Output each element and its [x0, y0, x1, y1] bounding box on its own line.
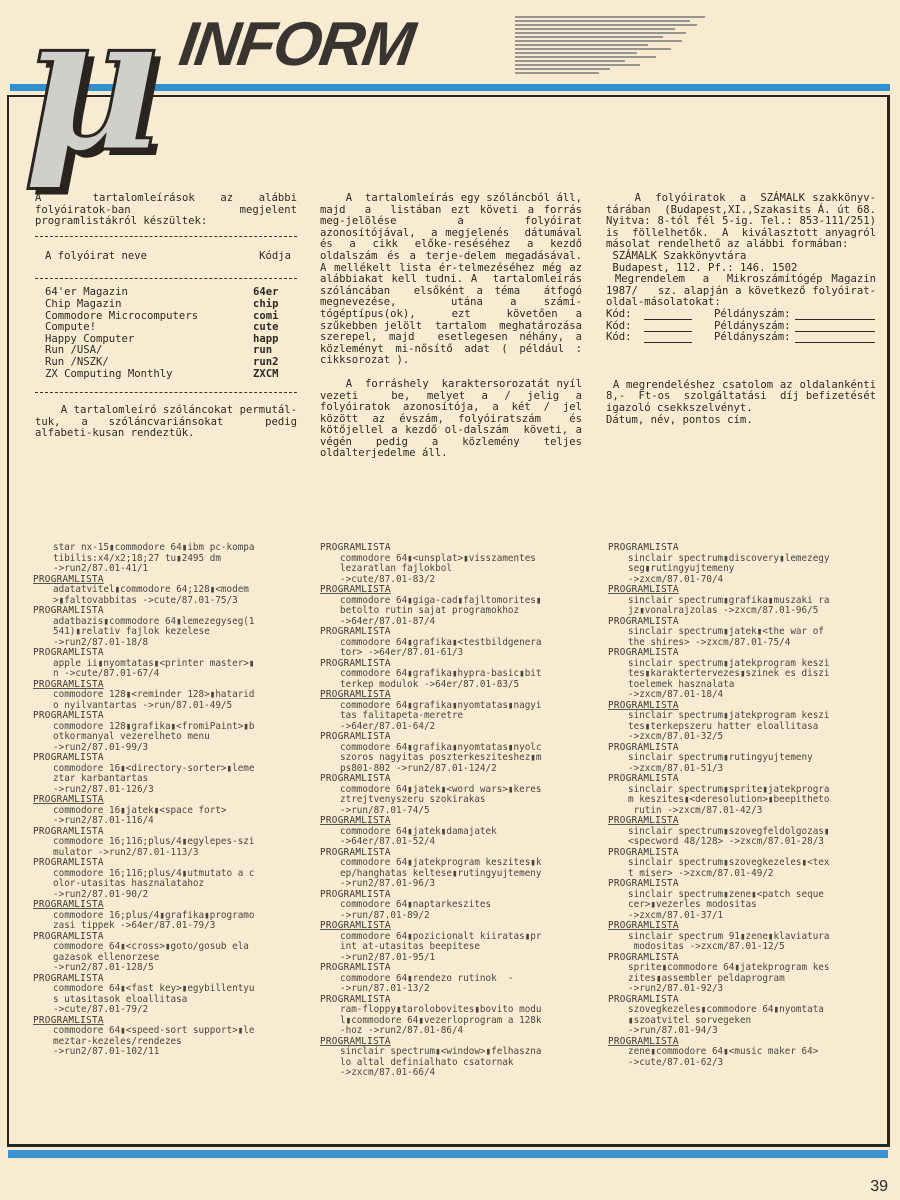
- order-form-row: Kód:Példányszám:: [606, 309, 876, 321]
- journal-row: Run /NSZK/run2: [35, 357, 297, 369]
- entry-heading: PROGRAMLISTA: [33, 648, 295, 659]
- code-blank-field: [644, 332, 692, 343]
- entry-line: commodore 64▮jatekprogram keszites▮k: [320, 858, 582, 869]
- entry-line: adatatvitel▮commodore 64;128▮<modem: [33, 585, 295, 596]
- journal-row: Compute!cute: [35, 322, 297, 334]
- entry-line: olor-utasitas hasznalatahoz: [33, 879, 295, 890]
- entry-line: ->run2/87.01-128/5: [33, 963, 295, 974]
- entry-heading: PROGRAMLISTA: [33, 858, 295, 869]
- entry-line: commodore 64▮<speed-sort support>▮le: [33, 1026, 295, 1037]
- entry-line: commodore 64▮<cross>▮goto/gosub ela: [33, 942, 295, 953]
- quantity-blank-field: [795, 309, 875, 320]
- entry-line: -hoz ->run2/87.01-86/4: [320, 1026, 582, 1037]
- speed-lines-decoration: [515, 16, 705, 78]
- entry-line: sinclair spectrum▮<window>▮felhaszna: [320, 1047, 582, 1058]
- order-form: Kód:Példányszám:Kód:Példányszám:Kód:Péld…: [606, 309, 876, 344]
- entry-line: ->zxcm/87.01-66/4: [320, 1068, 582, 1079]
- entry-heading: PROGRAMLISTA: [33, 711, 295, 722]
- entry-heading: PROGRAMLISTA: [608, 879, 878, 890]
- entry-line: m keszites▮<deresolution>▮beepitheto: [608, 795, 878, 806]
- entry-line: sinclair spectrum▮jatek▮<the war of: [608, 627, 878, 638]
- intro-column-2: A tartalomleírás egy szóláncból áll, maj…: [320, 193, 582, 460]
- listing-entry: PROGRAMLISTAsinclair spectrum 91▮zene▮kl…: [608, 921, 878, 953]
- journal-code: run2: [253, 357, 291, 369]
- entry-heading: PROGRAMLISTA: [608, 543, 878, 554]
- entry-line: int at-utasitas beepitese: [320, 942, 582, 953]
- listing-entry: PROGRAMLISTAcommodore 64▮rendezo rutinok…: [320, 963, 582, 995]
- entry-line: ->run2/87.01-96/3: [320, 879, 582, 890]
- listing-entry: PROGRAMLISTAsinclair spectrum▮sprite▮jat…: [608, 774, 878, 816]
- listing-entry: PROGRAMLISTAsinclair spectrum▮zene▮<patc…: [608, 879, 878, 921]
- entry-heading: PROGRAMLISTA: [320, 585, 582, 596]
- entry-heading: PROGRAMLISTA: [320, 690, 582, 701]
- entry-line: jz▮vonalrajzolas ->zxcm/87.01-96/5: [608, 606, 878, 617]
- entry-line: zasi tippek ->64er/87.01-79/3: [33, 921, 295, 932]
- code-label: Kód:: [606, 332, 644, 344]
- listing-entry: PROGRAMLISTAcommodore 128▮<reminder 128>…: [33, 680, 295, 712]
- entry-line: tes▮karaktertervezes▮szinek es diszi: [608, 669, 878, 680]
- entry-line: sinclair spectrum▮szovegkezeles▮<tex: [608, 858, 878, 869]
- entry-line: ->run2/87.01-41/1: [33, 564, 295, 575]
- entry-line: ->run2/87.01-116/4: [33, 816, 295, 827]
- listing-entry: PROGRAMLISTAcommodore 64▮jatek▮damajatek…: [320, 816, 582, 848]
- entry-heading: PROGRAMLISTA: [320, 774, 582, 785]
- listing-entry: PROGRAMLISTAram-floppy▮tarolobovites▮bov…: [320, 995, 582, 1037]
- quantity-blank-field: [795, 332, 875, 343]
- entry-heading: PROGRAMLISTA: [320, 543, 582, 554]
- entry-line: commodore 64▮grafika▮hypra-basic▮bit: [320, 669, 582, 680]
- quantity-label: Példányszám:: [714, 332, 791, 344]
- listing-entry: PROGRAMLISTAcommodore 64▮jatek▮<word war…: [320, 774, 582, 816]
- listing-entry: PROGRAMLISTAzene▮commodore 64▮<music mak…: [608, 1037, 878, 1069]
- listing-entry: PROGRAMLISTAcommodore 16;plus/4▮grafika▮…: [33, 900, 295, 932]
- entry-line: star nx-15▮commodore 64▮ibm pc-kompa: [33, 543, 295, 554]
- listing-entry: PROGRAMLISTAsinclair spectrum▮discovery▮…: [608, 543, 878, 585]
- entry-line: szoros nagyitas poszterkesziteshez▮m: [320, 753, 582, 764]
- entry-line: ztrejtvenyszeru szokirakas: [320, 795, 582, 806]
- journal-name: Run /NSZK/: [45, 357, 109, 369]
- entry-heading: PROGRAMLISTA: [608, 921, 878, 932]
- journal-row: ZX Computing MonthlyZXCM: [35, 369, 297, 381]
- intro-paragraph: A folyóiratok a SZÁMALK szakkönyv-tárába…: [606, 193, 876, 251]
- address-line: SZÁMALK Szakkönyvtára: [606, 251, 876, 263]
- listing-entry: PROGRAMLISTAadatatvitel▮commodore 64;128…: [33, 575, 295, 607]
- payment-paragraph: A megrendeléshez csatolom az oldalanként…: [606, 380, 876, 415]
- listing-entry: PROGRAMLISTAcommodore 16;116;plus/4▮egyl…: [33, 827, 295, 859]
- entry-line: ztar karbantartas: [33, 774, 295, 785]
- listing-entry: PROGRAMLISTAapple ii▮nyomtatas▮<printer …: [33, 648, 295, 680]
- entry-line: sinclair spectrum▮rutingyujtemeny: [608, 753, 878, 764]
- listing-entry: PROGRAMLISTAsinclair spectrum▮jatekprogr…: [608, 648, 878, 701]
- order-form-row: Kód:Példányszám:: [606, 332, 876, 344]
- entry-line: modositas ->zxcm/87.01-12/5: [608, 942, 878, 953]
- intro-paragraph: A forráshely karaktersorozatát nyíl veze…: [320, 379, 582, 460]
- journal-name: Chip Magazin: [45, 299, 122, 311]
- listing-entry: PROGRAMLISTAcommodore 64▮jatekprogram ke…: [320, 848, 582, 890]
- listing-entry: PROGRAMLISTAsinclair spectrum▮jatekprogr…: [608, 701, 878, 743]
- entry-heading: PROGRAMLISTA: [320, 816, 582, 827]
- entry-heading: PROGRAMLISTA: [320, 963, 582, 974]
- listing-entry: PROGRAMLISTAcommodore 64▮<fast key>▮egyb…: [33, 974, 295, 1016]
- entry-line: sprite▮commodore 64▮jatekprogram kes: [608, 963, 878, 974]
- entry-line: otkormanyal vezerelheto menu: [33, 732, 295, 743]
- divider: [35, 392, 297, 393]
- listing-entry: PROGRAMLISTAcommodore 16▮jatek▮<space fo…: [33, 795, 295, 827]
- entry-line: lezaratlan fajlokbol: [320, 564, 582, 575]
- page-number: 39: [870, 1178, 888, 1196]
- entry-line: ->run/87.01-13/2: [320, 984, 582, 995]
- listing-entry: PROGRAMLISTAcommodore 64▮<speed-sort sup…: [33, 1016, 295, 1058]
- listing-entry: PROGRAMLISTAsinclair spectrum▮<window>▮f…: [320, 1037, 582, 1079]
- entry-line: tor> ->64er/87.01-61/3: [320, 648, 582, 659]
- listing-entry: PROGRAMLISTAcommodore 64▮<unsplat>▮vissz…: [320, 543, 582, 585]
- entry-line: cer>▮vezerles modositas: [608, 900, 878, 911]
- entry-heading: PROGRAMLISTA: [608, 585, 878, 596]
- entry-line: commodore 64▮naptarkeszites: [320, 900, 582, 911]
- mu-logo: μ: [22, 0, 161, 178]
- journal-code: ZXCM: [253, 369, 291, 381]
- listing-entry: PROGRAMLISTAsinclair spectrum▮szovegfeld…: [608, 816, 878, 848]
- entry-line: commodore 16;116;plus/4▮egylepes-szi: [33, 837, 295, 848]
- intro-column-3: A folyóiratok a SZÁMALK szakkönyv-tárába…: [606, 193, 876, 426]
- entry-heading: PROGRAMLISTA: [33, 606, 295, 617]
- journal-name: ZX Computing Monthly: [45, 369, 173, 381]
- listing-entry: PROGRAMLISTAcommodore 64▮grafika▮nyomtat…: [320, 690, 582, 732]
- listing-entry: PROGRAMLISTAadatbazis▮commodore 64▮lemez…: [33, 606, 295, 648]
- order-paragraph: Megrendelem a Mikroszámítógép Magazin 19…: [606, 274, 876, 309]
- quantity-label: Példányszám:: [714, 309, 791, 321]
- listing-entry: PROGRAMLISTAcommodore 16;116;plus/4▮utmu…: [33, 858, 295, 900]
- signature-line: Dátum, név, pontos cím.: [606, 415, 876, 427]
- entry-line: <specword 48/128> ->zxcm/87.01-28/3: [608, 837, 878, 848]
- listing-entry: PROGRAMLISTAcommodore 64▮giga-cad▮fajlto…: [320, 585, 582, 627]
- entry-line: ->cute/87.01-62/3: [608, 1058, 878, 1069]
- bottom-accent-bar: [8, 1150, 888, 1158]
- entry-line: ram-floppy▮tarolobovites▮bovito modu: [320, 1005, 582, 1016]
- entry-line: ->64er/87.01-52/4: [320, 837, 582, 848]
- entry-heading: PROGRAMLISTA: [320, 627, 582, 638]
- entry-heading: PROGRAMLISTA: [320, 921, 582, 932]
- entry-heading: PROGRAMLISTA: [33, 753, 295, 764]
- column-header-name: A folyóirat neve: [45, 251, 147, 263]
- entry-line: commodore 128▮<reminder 128>▮hatarid: [33, 690, 295, 701]
- code-blank-field: [644, 309, 692, 320]
- column-header-code: Kódja: [259, 251, 291, 263]
- listing-entry: PROGRAMLISTAcommodore 64▮grafika▮hypra-b…: [320, 659, 582, 691]
- listing-column-1: star nx-15▮commodore 64▮ibm pc-kompatibi…: [33, 543, 295, 1058]
- listing-entry: PROGRAMLISTAsprite▮commodore 64▮jatekpro…: [608, 953, 878, 995]
- listing-entry: PROGRAMLISTAszovegkezeles▮commodore 64▮n…: [608, 995, 878, 1037]
- entry-line: ->run2/87.01-92/3: [608, 984, 878, 995]
- quantity-blank-field: [795, 321, 875, 332]
- listing-entry: PROGRAMLISTAsinclair spectrum▮szovegkeze…: [608, 848, 878, 880]
- entry-line: 541)▮relativ fajlok kezelese: [33, 627, 295, 638]
- intro-paragraph: A tartalomleírások az alábbi folyóiratok…: [35, 193, 297, 228]
- code-label: Kód:: [606, 309, 644, 321]
- entry-line: ->zxcm/87.01-32/5: [608, 732, 878, 743]
- entry-heading: PROGRAMLISTA: [33, 900, 295, 911]
- listing-entry: PROGRAMLISTAcommodore 64▮pozicionalt kii…: [320, 921, 582, 963]
- divider: [35, 236, 297, 237]
- listing-entry: PROGRAMLISTAsinclair spectrum▮jatek▮<the…: [608, 617, 878, 649]
- entry-heading: PROGRAMLISTA: [33, 795, 295, 806]
- entry-line: betolto rutin sajat programokhoz: [320, 606, 582, 617]
- entry-line: sinclair spectrum▮jatekprogram keszi: [608, 711, 878, 722]
- entry-line: ->run/87.01-94/3: [608, 1026, 878, 1037]
- listing-entry: PROGRAMLISTAsinclair spectrum▮rutingyujt…: [608, 743, 878, 775]
- journal-name: Compute!: [45, 322, 96, 334]
- journal-code: cute: [253, 322, 291, 334]
- entry-line: szovegkezeles▮commodore 64▮nyomtata: [608, 1005, 878, 1016]
- intro-column-1: A tartalomleírások az alábbi folyóiratok…: [35, 193, 297, 440]
- entry-line: seg▮rutingyujtemeny: [608, 564, 878, 575]
- entry-line: ->cute/87.01-79/2: [33, 1005, 295, 1016]
- code-blank-field: [644, 321, 692, 332]
- journal-code: chip: [253, 299, 291, 311]
- listing-entry: PROGRAMLISTAcommodore 128▮grafika▮<fromi…: [33, 711, 295, 753]
- entry-line: ->zxcm/87.01-18/4: [608, 690, 878, 701]
- entry-heading: PROGRAMLISTA: [608, 774, 878, 785]
- listing-entry: PROGRAMLISTAcommodore 64▮grafika▮<testbi…: [320, 627, 582, 659]
- journal-table: 64'er Magazin64erChip MagazinchipCommodo…: [35, 287, 297, 380]
- entry-line: ->run2/87.01-102/11: [33, 1047, 295, 1058]
- intro-paragraph: A tartalomleírás egy szóláncból áll, maj…: [320, 193, 582, 367]
- listing-column-3: PROGRAMLISTAsinclair spectrum▮discovery▮…: [608, 543, 878, 1068]
- entry-line: commodore 64▮<fast key>▮egybillentyu: [33, 984, 295, 995]
- divider: [35, 278, 297, 279]
- listing-entry: PROGRAMLISTAcommodore 64▮<cross>▮goto/go…: [33, 932, 295, 974]
- journal-row: Chip Magazinchip: [35, 299, 297, 311]
- listing-entry: star nx-15▮commodore 64▮ibm pc-kompatibi…: [33, 543, 295, 575]
- listing-column-2: PROGRAMLISTAcommodore 64▮<unsplat>▮vissz…: [320, 543, 582, 1079]
- entry-heading: PROGRAMLISTA: [608, 816, 878, 827]
- listing-entry: PROGRAMLISTAcommodore 64▮grafika▮nyomtat…: [320, 732, 582, 774]
- masthead-title: INFORM: [175, 10, 417, 80]
- listing-entry: PROGRAMLISTAcommodore 16▮<directory-sort…: [33, 753, 295, 795]
- entry-line: tas falitapeta-meretre: [320, 711, 582, 722]
- listing-entry: PROGRAMLISTAcommodore 64▮naptarkeszites-…: [320, 890, 582, 922]
- entry-heading: PROGRAMLISTA: [608, 648, 878, 659]
- entry-line: n ->cute/87.01-67/4: [33, 669, 295, 680]
- journal-table-header: A folyóirat neve Kódja: [35, 245, 297, 271]
- entry-line: zene▮commodore 64▮<music maker 64>: [608, 1047, 878, 1058]
- listing-entry: PROGRAMLISTAsinclair spectrum▮grafika▮mu…: [608, 585, 878, 617]
- entry-heading: PROGRAMLISTA: [320, 732, 582, 743]
- intro-paragraph: A tartalomleíró szóláncokat permutál-tuk…: [35, 405, 297, 440]
